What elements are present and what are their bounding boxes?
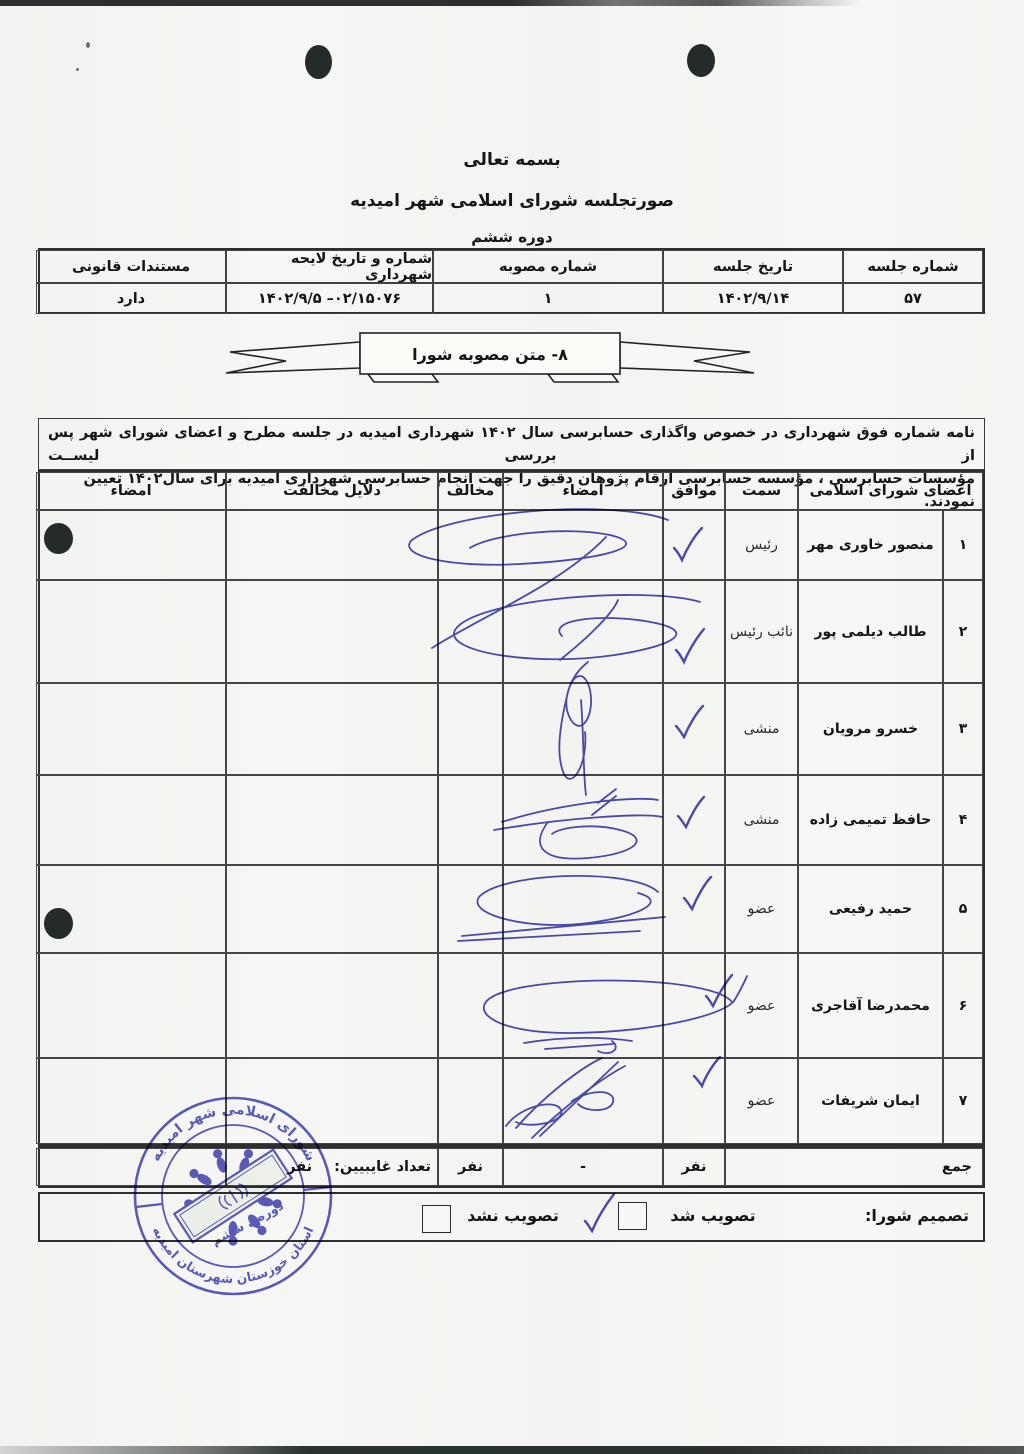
member-position: عضو	[725, 953, 798, 1058]
oppose-cell	[438, 953, 503, 1058]
signature2-cell	[36, 775, 226, 865]
signature-cell	[503, 1058, 663, 1144]
row-number: ۵	[943, 865, 983, 953]
oppose-cell	[438, 1058, 503, 1144]
info-value-legal-docs: دارد	[36, 283, 226, 314]
oppose-cell	[438, 865, 503, 953]
oppose-cell	[438, 775, 503, 865]
resolution-line-1: نامه شماره فوق شهرداری در خصوص واگذاری ح…	[48, 422, 975, 468]
info-value-session-no: ۵۷	[843, 283, 983, 314]
member-position: منشی	[725, 775, 798, 865]
member-name: طالب دیلمی پور	[798, 580, 943, 683]
totals-signature-dash: -	[503, 1148, 663, 1186]
signature2-cell	[36, 953, 226, 1058]
approved-checkbox	[618, 1202, 647, 1230]
row-number: ۲	[943, 580, 983, 683]
oppose-reasons-cell	[226, 580, 438, 683]
absent-count: نفر	[287, 1159, 312, 1175]
scan-top-edge	[0, 0, 1024, 6]
signature2-cell	[36, 510, 226, 580]
info-header-legal-docs: مستندات قانونی	[36, 250, 226, 283]
row-number: ۶	[943, 953, 983, 1058]
oppose-reasons-cell	[226, 683, 438, 775]
members-header-signature-2: امضاء	[36, 472, 226, 510]
signature-cell	[503, 683, 663, 775]
signature2-cell	[36, 1058, 226, 1144]
members-header-signature: امضاء	[503, 472, 663, 510]
oppose-reasons-cell	[226, 510, 438, 580]
info-header-bill-no-date: شماره و تاریخ لایحه شهرداری	[226, 250, 433, 283]
row-number: ۳	[943, 683, 983, 775]
ribbon-left-fold	[368, 374, 438, 382]
scanned-council-minutes-page: { "header": { "bismillah": "بسمه تعالی",…	[0, 0, 1024, 1454]
scan-speck	[86, 42, 90, 48]
banner-title: ۸- متن مصوبه شورا	[360, 336, 620, 373]
signature-cell	[503, 865, 663, 953]
member-name: خسرو مرویان	[798, 683, 943, 775]
members-header-oppose-reasons: دلایل مخالفت	[226, 472, 438, 510]
oppose-cell	[438, 510, 503, 580]
punch-hole-top-left	[305, 45, 332, 79]
totals-oppose-count: نفر	[438, 1148, 503, 1186]
signature-cell	[503, 775, 663, 865]
totals-agree-count: نفر	[663, 1148, 725, 1186]
agree-cell	[663, 683, 725, 775]
info-value-bill-no-date: ۱۴۰۲/۹/۵ –۰۲/۱۵۰۷۶	[226, 283, 433, 314]
info-header-session-date: تاریخ جلسه	[663, 250, 843, 283]
ribbon-left-arm	[226, 342, 360, 373]
totals-label: جمع	[725, 1148, 983, 1186]
info-value-resolution-no: ۱	[433, 283, 663, 314]
signature2-cell	[36, 865, 226, 953]
totals-row: جمع نفر - نفر تعداد غایبیین: نفر	[38, 1146, 985, 1188]
decision-row: تصمیم شورا: تصویب شد تصویب نشد	[38, 1192, 985, 1242]
members-header-members: اعضای شورای اسلامی	[798, 472, 983, 510]
ribbon-right-arm	[620, 342, 754, 373]
members-header-position: سمت	[725, 472, 798, 510]
signature-cell	[503, 510, 663, 580]
row-number: ۱	[943, 510, 983, 580]
members-header-oppose: مخالف	[438, 472, 503, 510]
agree-cell	[663, 953, 725, 1058]
oppose-cell	[438, 580, 503, 683]
member-name: حمید رفیعی	[798, 865, 943, 953]
member-name: حافظ تمیمی زاده	[798, 775, 943, 865]
members-table: اعضای شورای اسلامی سمت موافق امضاء مخالف…	[38, 470, 985, 1146]
ribbon-right-fold	[548, 374, 618, 382]
info-header-session-no: شماره جلسه	[843, 250, 983, 283]
document-title: صورتجلسه شورای اسلامی شهر امیدیه	[0, 191, 1024, 211]
agree-cell	[663, 580, 725, 683]
row-number: ۷	[943, 1058, 983, 1144]
absent-label: تعداد غایبیین:	[334, 1159, 431, 1175]
agree-cell	[663, 510, 725, 580]
totals-absent-cell: تعداد غایبیین: نفر	[226, 1148, 438, 1186]
info-header-resolution-no: شماره مصوبه	[433, 250, 663, 283]
member-name: منصور خاوری مهر	[798, 510, 943, 580]
decision-label: تصمیم شورا:	[865, 1206, 969, 1225]
rejected-label: تصویب نشد	[452, 1206, 574, 1225]
signature2-cell	[36, 580, 226, 683]
signature-cell	[503, 580, 663, 683]
member-position: نائب رئیس	[725, 580, 798, 683]
session-info-table: شماره جلسه تاریخ جلسه شماره مصوبه شماره …	[38, 248, 985, 314]
oppose-reasons-cell	[226, 953, 438, 1058]
oppose-cell	[438, 683, 503, 775]
oppose-reasons-cell	[226, 865, 438, 953]
info-value-session-date: ۱۴۰۲/۹/۱۴	[663, 283, 843, 314]
member-name: ایمان شریفات	[798, 1058, 943, 1144]
totals-empty-cell	[36, 1148, 226, 1186]
rejected-checkbox	[422, 1205, 451, 1233]
bismillah-text: بسمه تعالی	[0, 150, 1024, 170]
agree-cell	[663, 775, 725, 865]
scan-speck	[76, 68, 79, 71]
oppose-reasons-cell	[226, 1058, 438, 1144]
member-name: محمدرضا آقاجری	[798, 953, 943, 1058]
row-number: ۴	[943, 775, 983, 865]
document-subtitle: دوره ششم	[0, 228, 1024, 246]
members-header-agree: موافق	[663, 472, 725, 510]
member-position: رئیس	[725, 510, 798, 580]
oppose-reasons-cell	[226, 775, 438, 865]
resolution-text-box: نامه شماره فوق شهرداری در خصوص واگذاری ح…	[38, 418, 985, 470]
approved-label: تصویب شد	[648, 1206, 778, 1225]
scan-bottom-edge	[0, 1446, 1024, 1454]
member-position: منشی	[725, 683, 798, 775]
agree-cell	[663, 865, 725, 953]
agree-cell	[663, 1058, 725, 1144]
member-position: عضو	[725, 865, 798, 953]
signature-cell	[503, 953, 663, 1058]
member-position: عضو	[725, 1058, 798, 1144]
signature2-cell	[36, 683, 226, 775]
punch-hole-top-right	[687, 44, 715, 77]
